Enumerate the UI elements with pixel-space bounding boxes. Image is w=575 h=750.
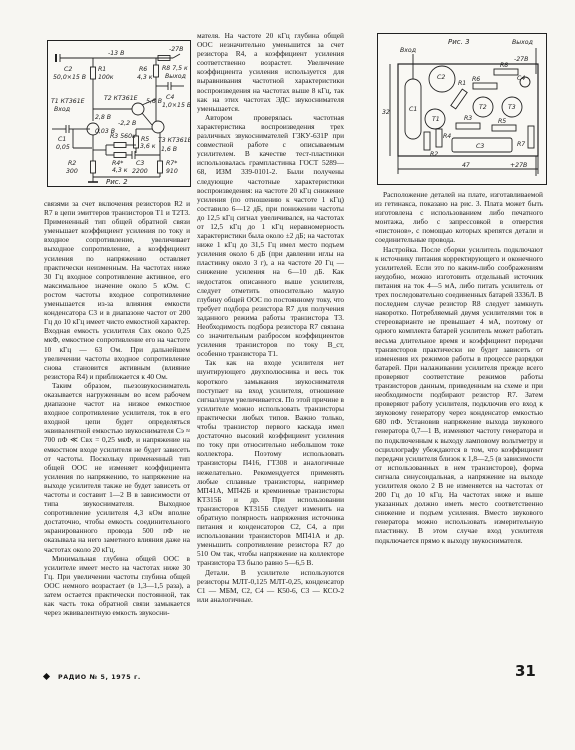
figure-3-board-layout: Рис. 3 Вход Выход -27В R8 R6 C4 C2 R1 C1… (377, 33, 547, 185)
svg-text:R6: R6 (472, 76, 480, 83)
svg-text:C1: C1 (409, 106, 417, 113)
svg-text:-27В: -27В (514, 56, 528, 63)
svg-text:+27В: +27В (510, 162, 527, 169)
magazine-footer: РАДИО № 5, 1975 г. (44, 674, 141, 681)
svg-text:C3: C3 (476, 143, 484, 150)
svg-text:R1: R1 (98, 66, 106, 73)
figure-2-schematic: -13 В -27В C2 50,0×15 В R1 100к R6 4,3 к… (47, 40, 191, 187)
svg-text:C4: C4 (166, 94, 174, 101)
svg-text:R4*: R4* (112, 160, 123, 167)
svg-text:T2: T2 (479, 104, 487, 111)
svg-text:2,8 В: 2,8 В (95, 114, 111, 121)
svg-text:32: 32 (382, 109, 390, 116)
svg-text:T2 КТ361Е: T2 КТ361Е (104, 95, 138, 102)
figure-2-caption: Рис. 2 (106, 178, 128, 186)
svg-text:Выход: Выход (165, 73, 186, 80)
svg-text:47: 47 (462, 162, 470, 169)
svg-text:R2: R2 (68, 160, 76, 167)
svg-text:Выход: Выход (512, 39, 533, 46)
svg-text:-2,2 В: -2,2 В (118, 120, 136, 127)
svg-text:R6: R6 (139, 66, 147, 73)
svg-text:1,0×15 В: 1,0×15 В (162, 102, 190, 109)
svg-text:C2: C2 (64, 66, 72, 73)
svg-text:T3 КТ361Е: T3 КТ361Е (158, 137, 190, 144)
figure-3-caption: Рис. 3 (448, 38, 470, 46)
page-number: 31 (515, 662, 536, 680)
svg-text:C1: C1 (58, 136, 66, 143)
svg-text:R5: R5 (141, 136, 149, 143)
svg-text:4,3 к: 4,3 к (137, 74, 153, 81)
svg-text:R3: R3 (464, 115, 472, 122)
svg-text:T1 КТ361Е: T1 КТ361Е (51, 98, 85, 105)
svg-text:-13 В: -13 В (108, 50, 124, 57)
svg-text:100к: 100к (98, 74, 114, 81)
paragraph-tuning: Настройка. После сборки усилитель подклю… (375, 245, 543, 545)
svg-text:Вход: Вход (54, 106, 70, 113)
text-column-1: связями за счет включения резисторов R2 … (44, 199, 190, 617)
svg-text:R1: R1 (458, 80, 466, 87)
paragraph: Минимальная глубина общей ООС в усилител… (44, 554, 190, 618)
svg-text:C4: C4 (517, 75, 525, 82)
svg-text:300: 300 (66, 168, 78, 175)
svg-text:5,6 В: 5,6 В (146, 98, 162, 105)
svg-text:T3: T3 (508, 104, 516, 111)
board-layout-diagram: Рис. 3 Вход Выход -27В R8 R6 C4 C2 R1 C1… (378, 34, 546, 184)
svg-text:R8: R8 (500, 62, 508, 69)
svg-text:50,0×15 В: 50,0×15 В (53, 74, 86, 81)
svg-text:T1: T1 (432, 116, 440, 123)
schematic-diagram: -13 В -27В C2 50,0×15 В R1 100к R6 4,3 к… (48, 41, 190, 186)
svg-text:R7*: R7* (166, 160, 177, 167)
svg-text:Вход: Вход (400, 47, 416, 54)
svg-text:R8 7,5 к: R8 7,5 к (162, 65, 188, 72)
paragraph: Расположение деталей на плате, изготавли… (375, 190, 543, 245)
svg-text:3,6 к: 3,6 к (140, 143, 156, 150)
text-column-2: мателя. На частоте 20 кГц глубина общей … (197, 31, 344, 604)
svg-text:910: 910 (166, 168, 178, 175)
svg-text:2200: 2200 (132, 168, 148, 175)
svg-text:-27В: -27В (169, 46, 183, 53)
svg-text:0,05: 0,05 (56, 144, 70, 151)
svg-text:R5: R5 (498, 118, 506, 125)
paragraph: мателя. На частоте 20 кГц глубина общей … (197, 31, 344, 113)
svg-text:C2: C2 (437, 74, 445, 81)
svg-text:R3 560к: R3 560к (110, 133, 136, 140)
text-column-3: Расположение деталей на плате, изготавли… (375, 190, 543, 545)
paragraph: Таким образом, пьезозвукосниматель оказы… (44, 381, 190, 554)
svg-text:R7: R7 (517, 141, 525, 148)
svg-text:4,3 к: 4,3 к (112, 167, 128, 174)
diamond-icon (43, 673, 50, 680)
svg-text:C3: C3 (136, 160, 144, 167)
magazine-issue: РАДИО № 5, 1975 г. (58, 674, 141, 681)
paragraph: Автором проверялась частотная характерис… (197, 113, 344, 359)
svg-text:R4: R4 (443, 133, 451, 140)
svg-text:1,6 В: 1,6 В (161, 146, 177, 153)
paragraph: связями за счет включения резисторов R2 … (44, 199, 190, 381)
paragraph: Так как на входе усилителя нет шунтирующ… (197, 358, 344, 567)
svg-text:R2: R2 (430, 151, 438, 158)
paragraph-details: Детали. В усилителе используются резисто… (197, 568, 344, 604)
